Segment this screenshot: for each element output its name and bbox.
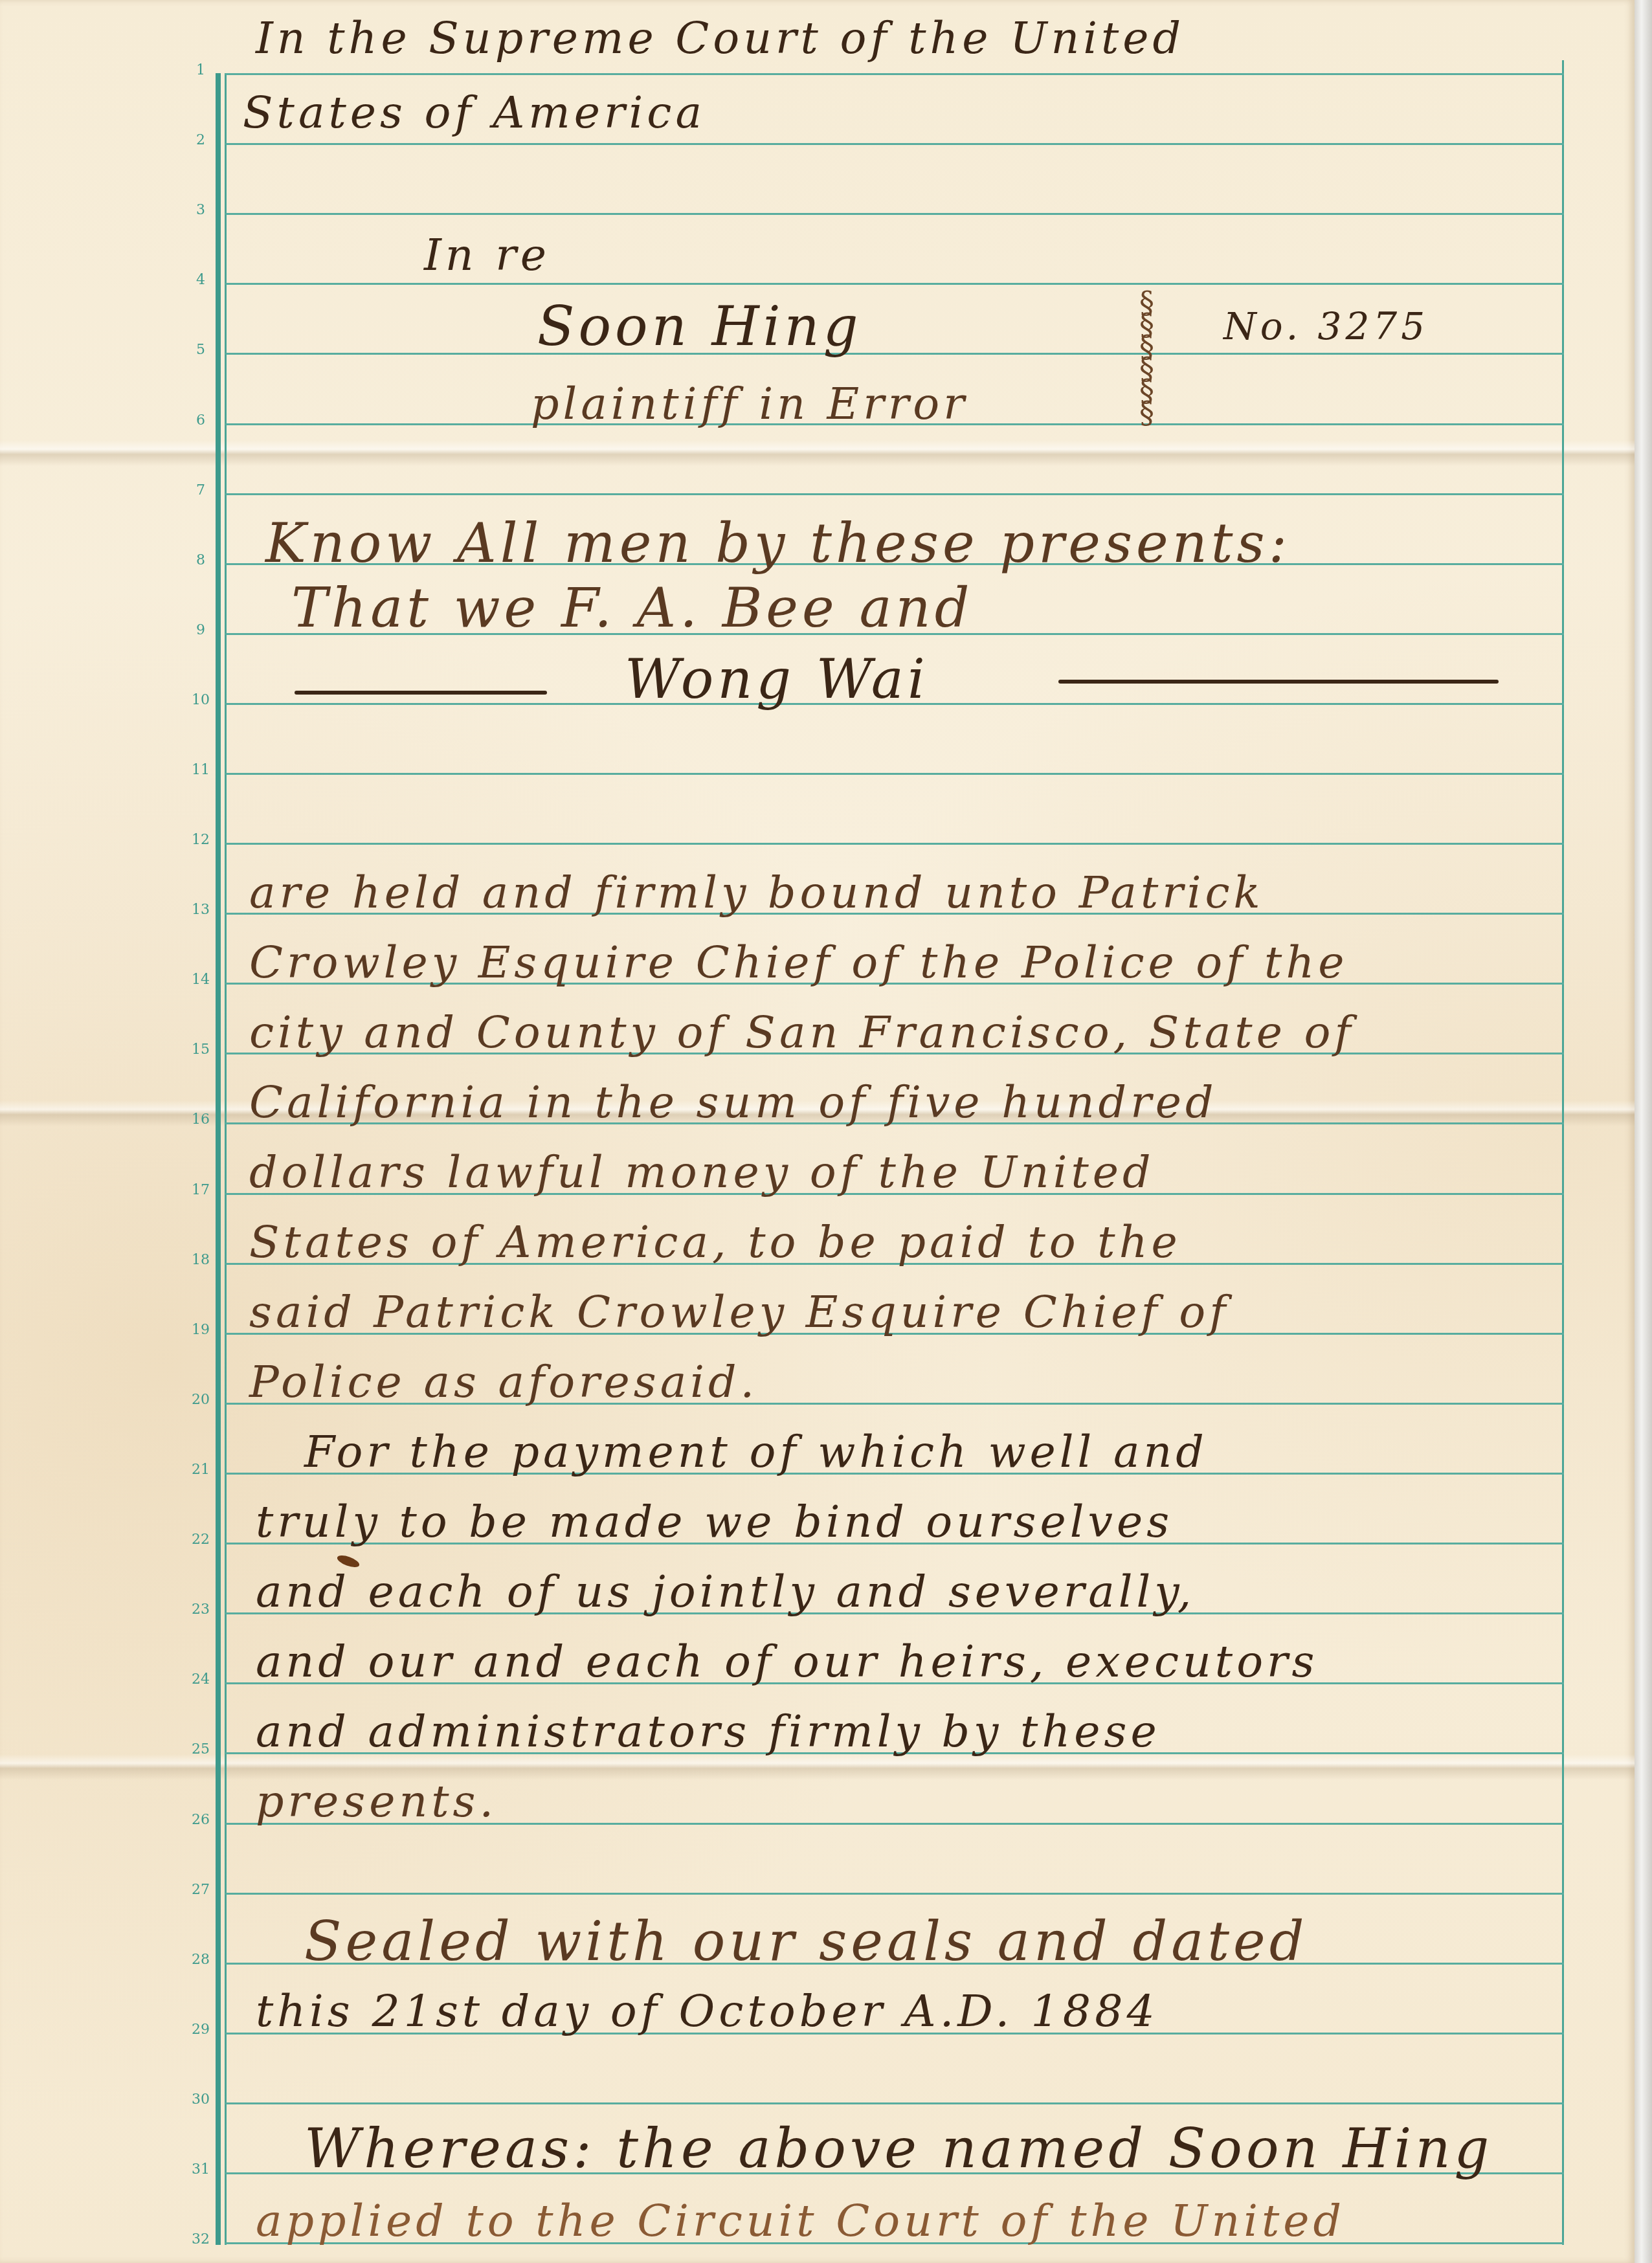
ruled-line xyxy=(225,353,1564,355)
line-number: 32 xyxy=(188,2231,214,2247)
body-line: States of America, to be paid to the xyxy=(249,1217,1181,1268)
ruled-line xyxy=(225,73,1564,75)
party-name: Soon Hing xyxy=(537,295,862,358)
body-line: Know All men by these presents: xyxy=(265,511,1291,575)
body-line: Police as aforesaid. xyxy=(249,1357,758,1408)
court-heading-line-2: States of America xyxy=(243,87,706,139)
scanner-background-edge xyxy=(1635,0,1652,2263)
line-number: 30 xyxy=(188,2091,214,2108)
party-role: plaintiff in Error xyxy=(531,379,968,430)
paper-fold-crease xyxy=(0,1754,1635,1780)
body-line: Crowley Esquire Chief of the Police of t… xyxy=(249,937,1348,988)
line-number: 19 xyxy=(188,1322,214,1338)
line-number: 5 xyxy=(188,342,214,358)
line-number: 26 xyxy=(188,1812,214,1828)
body-line: applied to the Circuit Court of the Unit… xyxy=(256,2196,1345,2247)
body-line: and our and each of our heirs, executors xyxy=(256,1636,1318,1688)
line-number: 16 xyxy=(188,1111,214,1128)
line-number: 29 xyxy=(188,2022,214,2038)
body-line: Wong Wai xyxy=(625,647,929,711)
line-number: 6 xyxy=(188,412,214,429)
fill-line-flourish xyxy=(1058,680,1499,684)
ruled-line xyxy=(225,2102,1564,2104)
body-line: and administrators firmly by these xyxy=(256,1706,1161,1757)
ruled-line xyxy=(225,493,1564,495)
body-line: presents. xyxy=(256,1776,497,1827)
line-number: 15 xyxy=(188,1042,214,1058)
line-number: 24 xyxy=(188,1671,214,1688)
ruled-line xyxy=(225,843,1564,845)
line-number: 2 xyxy=(188,132,214,148)
line-number: 23 xyxy=(188,1601,214,1618)
body-line: Whereas: the above named Soon Hing xyxy=(304,2117,1493,2180)
line-number: 17 xyxy=(188,1182,214,1198)
body-line: this 21st day of October A.D. 1884 xyxy=(256,1986,1159,2037)
line-number: 27 xyxy=(188,1882,214,1898)
ruled-line xyxy=(225,213,1564,215)
margin-rule-thick xyxy=(216,73,221,2245)
ruled-line xyxy=(225,1893,1564,1895)
body-line: said Patrick Crowley Esquire Chief of xyxy=(249,1287,1229,1338)
line-number: 18 xyxy=(188,1252,214,1268)
fill-line-flourish xyxy=(295,691,547,695)
line-number: 20 xyxy=(188,1392,214,1408)
court-heading-line-1: In the Supreme Court of the United xyxy=(256,13,1185,64)
line-number: 28 xyxy=(188,1952,214,1968)
in-re-label: In re xyxy=(424,230,550,281)
line-number: 4 xyxy=(188,272,214,288)
line-number: 9 xyxy=(188,622,214,638)
body-line: dollars lawful money of the United xyxy=(249,1147,1154,1198)
line-number: 31 xyxy=(188,2161,214,2178)
line-number: 7 xyxy=(188,482,214,498)
ruled-line xyxy=(225,143,1564,145)
line-number: 22 xyxy=(188,1532,214,1548)
body-line: That we F. A. Bee and xyxy=(291,576,973,640)
line-number: 25 xyxy=(188,1741,214,1757)
body-line: truly to be made we bind ourselves xyxy=(256,1497,1173,1548)
body-line: For the payment of which well and xyxy=(304,1427,1208,1478)
line-number: 14 xyxy=(188,972,214,988)
line-number: 8 xyxy=(188,552,214,568)
line-number: 21 xyxy=(188,1462,214,1478)
body-line: and each of us jointly and severally, xyxy=(256,1566,1195,1618)
body-line: city and County of San Francisco, State … xyxy=(249,1007,1355,1058)
line-number: 10 xyxy=(188,692,214,708)
case-number: No. 3275 xyxy=(1223,304,1429,348)
ruled-line xyxy=(225,773,1564,775)
line-number: 1 xyxy=(188,62,214,78)
body-line: Sealed with our seals and dated xyxy=(304,1910,1308,1973)
line-number: 3 xyxy=(188,202,214,218)
line-number: 11 xyxy=(188,762,214,778)
right-margin-rule xyxy=(1562,60,1564,2245)
ruled-line xyxy=(225,283,1564,285)
body-line: are held and firmly bound unto Patrick xyxy=(249,867,1264,919)
line-number: 13 xyxy=(188,902,214,918)
body-line: California in the sum of five hundred xyxy=(249,1077,1217,1128)
line-number: 12 xyxy=(188,832,214,848)
margin-rule-thin xyxy=(225,73,227,2245)
curly-brace-flourish: §§§§§§ xyxy=(1139,291,1172,434)
paper-fold-crease xyxy=(0,440,1635,466)
